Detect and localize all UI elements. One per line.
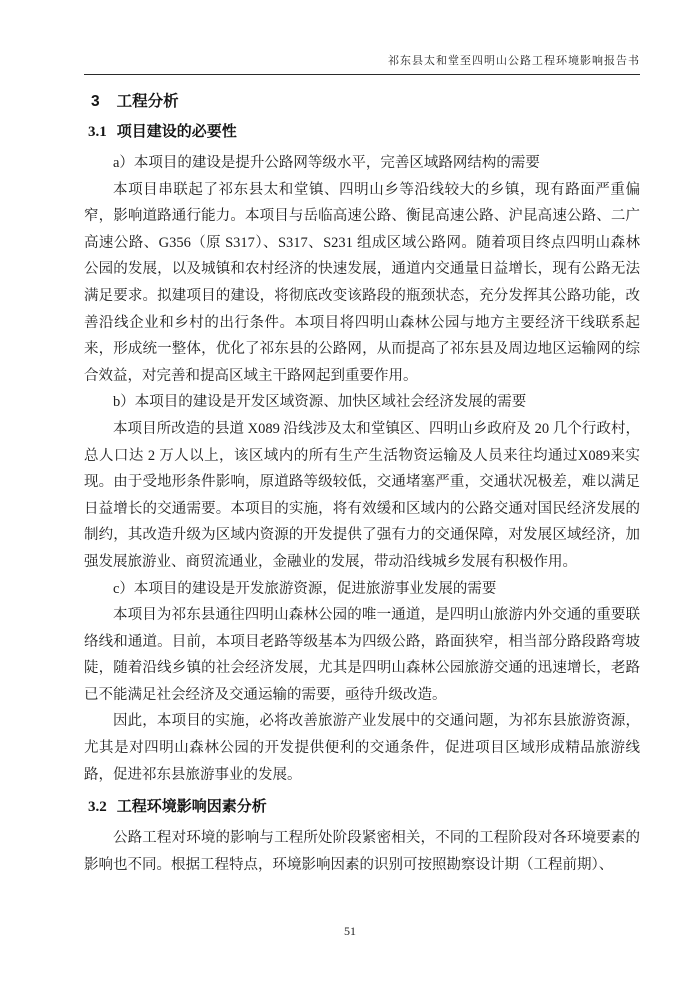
section-3-2-number: 3.2: [88, 799, 107, 815]
section-3-2-title: 工程环境影响因素分析: [117, 798, 267, 815]
running-header-title: 祁东县太和堂至四明山公路工程环境影响报告书: [84, 54, 640, 69]
paragraph-impact-factors-intro: 公路工程对环境的影响与工程所处阶段紧密相关，不同的工程阶段对各环境要素的影响也不…: [84, 825, 640, 878]
chapter-title: 工程分析: [117, 93, 179, 110]
paragraph-necessity-b-body: 本项目所改造的县道 X089 沿线涉及太和堂镇区、四明山乡政府及 20 几个行政…: [84, 416, 640, 576]
document-body: 3工程分析 3.1项目建设的必要性 a）本项目的建设是提升公路网等级水平，完善区…: [84, 91, 640, 878]
section-heading-3-2: 3.2工程环境影响因素分析: [88, 796, 640, 818]
chapter-heading: 3工程分析: [91, 91, 640, 112]
paragraph-necessity-a-body: 本项目串联起了祁东县太和堂镇、四明山乡等沿线较大的乡镇，现有路面严重偏窄，影响道…: [84, 177, 640, 390]
chapter-number: 3: [91, 93, 100, 110]
paragraph-necessity-a-heading: a）本项目的建设是提升公路网等级水平，完善区域路网结构的需要: [84, 150, 640, 177]
page-number: 51: [344, 924, 356, 938]
paragraph-necessity-c-body: 本项目为祁东县通往四明山森林公园的唯一通道，是四明山旅游内外交通的重要联络线和通…: [84, 602, 640, 708]
document-page: 祁东县太和堂至四明山公路工程环境影响报告书 3工程分析 3.1项目建设的必要性 …: [0, 0, 700, 990]
page-header: 祁东县太和堂至四明山公路工程环境影响报告书: [84, 54, 640, 75]
paragraph-necessity-conclusion: 因此，本项目的实施，必将改善旅游产业发展中的交通问题，为祁东县旅游资源，尤其是对…: [84, 708, 640, 788]
paragraph-necessity-c-heading: c）本项目的建设是开发旅游资源，促进旅游事业发展的需要: [84, 576, 640, 603]
page-footer: 51: [0, 924, 700, 938]
paragraph-necessity-b-heading: b）本项目的建设是开发区域资源、加快区域社会经济发展的需要: [84, 389, 640, 416]
section-3-1-title: 项目建设的必要性: [117, 123, 237, 140]
header-rule: [84, 74, 640, 75]
section-heading-3-1: 3.1项目建设的必要性: [88, 121, 640, 143]
section-3-1-number: 3.1: [88, 124, 107, 140]
